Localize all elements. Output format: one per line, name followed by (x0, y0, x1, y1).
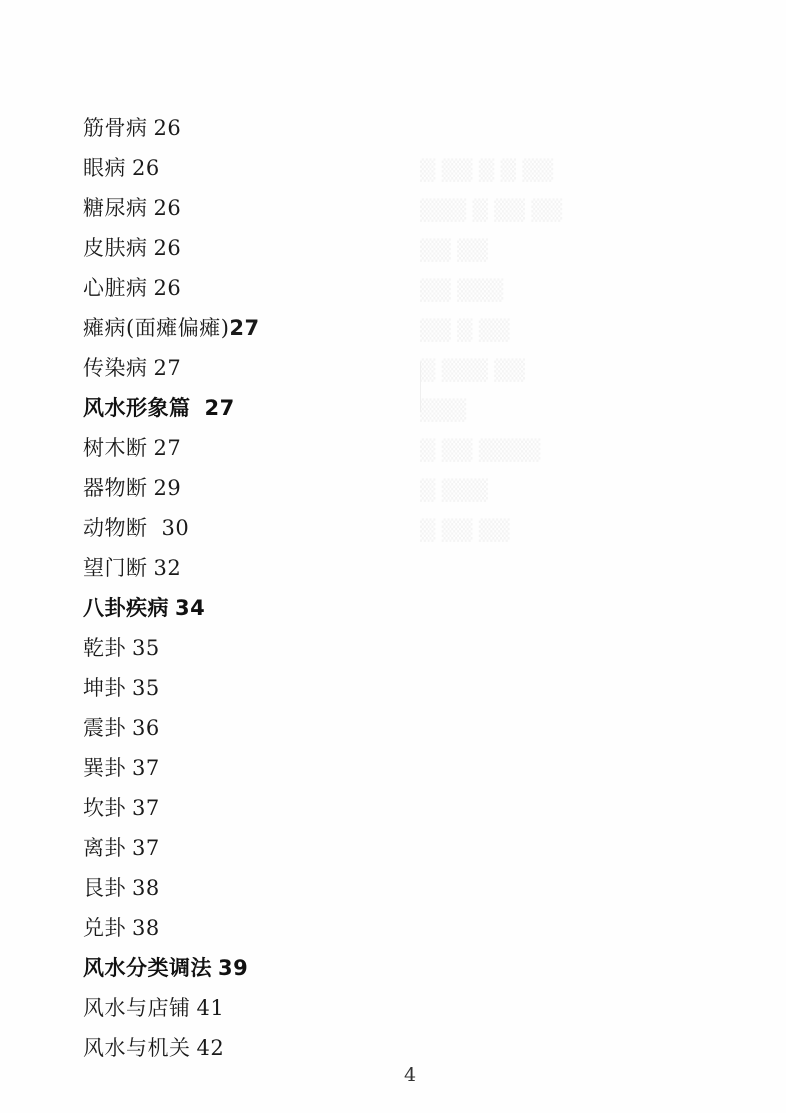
toc-entry: 兑卦38 (83, 912, 260, 952)
toc-entry-title: 望门断 (83, 556, 148, 580)
toc-entry-title: 眼病 (83, 156, 126, 180)
toc-entry: 坎卦37 (83, 792, 260, 832)
toc-entry: 离卦37 (83, 832, 260, 872)
toc-section-page: 34 (175, 596, 205, 620)
toc-entry-page: 37 (132, 796, 160, 820)
toc-section-title: 八卦疾病 (83, 596, 169, 620)
show-through-text: ▒▒ ▒ ▒ ▒▒ ▒ ▒▒ ▒▒ ▒ ▒▒▒ ▒▒ ▒▒ ▒▒▒ ▒▒ ▒▒ … (420, 150, 740, 550)
toc-entry: 心脏病26 (83, 272, 260, 312)
toc-entry-page: 35 (132, 676, 160, 700)
toc-entry: 器物断29 (83, 472, 260, 512)
toc-entry-title: 兑卦 (83, 916, 126, 940)
toc-entry-title: 坤卦 (83, 676, 126, 700)
toc-section-title: 风水分类调法 (83, 956, 212, 980)
toc-entry-title: 动物断 (83, 516, 148, 540)
table-of-contents: 筋骨病26 眼病26 糖尿病26 皮肤病26 心脏病26 瘫病(面瘫偏瘫)27 … (83, 112, 260, 1072)
toc-entry-page: 26 (154, 116, 182, 140)
toc-entry-title: 艮卦 (83, 876, 126, 900)
toc-entry-title: 传染病 (83, 356, 148, 380)
toc-entry-title: 糖尿病 (83, 196, 148, 220)
toc-entry: 瘫病(面瘫偏瘫)27 (83, 312, 260, 352)
toc-entry-title: 皮肤病 (83, 236, 148, 260)
toc-entry: 巽卦37 (83, 752, 260, 792)
toc-section-page: 39 (218, 956, 248, 980)
toc-entry-page: 32 (154, 556, 182, 580)
toc-entry: 坤卦35 (83, 672, 260, 712)
toc-entry-title: 筋骨病 (83, 116, 148, 140)
toc-entry-page: 27 (154, 356, 182, 380)
toc-entry-title: 树木断 (83, 436, 148, 460)
toc-section-title: 风水形象篇 (83, 396, 191, 420)
toc-entry-title: 离卦 (83, 836, 126, 860)
toc-entry-page: 26 (154, 236, 182, 260)
toc-entry-page: 26 (154, 196, 182, 220)
toc-entry-page: 37 (132, 756, 160, 780)
toc-entry-page: 37 (132, 836, 160, 860)
toc-entry-page: 38 (132, 916, 160, 940)
toc-entry: 动物断30 (83, 512, 260, 552)
toc-entry-page: 35 (132, 636, 160, 660)
toc-entry-page: 42 (197, 1036, 225, 1060)
toc-entry-title: 风水与店铺 (83, 996, 191, 1020)
toc-section-heading: 风水分类调法39 (83, 952, 260, 992)
toc-entry-page: 30 (162, 516, 190, 540)
toc-entry: 震卦36 (83, 712, 260, 752)
toc-entry-page: 26 (154, 276, 182, 300)
toc-entry: 筋骨病26 (83, 112, 260, 152)
toc-entry: 风水与店铺41 (83, 992, 260, 1032)
toc-entry-page: 41 (197, 996, 225, 1020)
toc-entry-page: 36 (132, 716, 160, 740)
toc-entry: 传染病27 (83, 352, 260, 392)
toc-entry-title: 坎卦 (83, 796, 126, 820)
toc-entry-title: 瘫病(面瘫偏瘫) (83, 316, 229, 340)
toc-entry: 树木断27 (83, 432, 260, 472)
toc-entry: 艮卦38 (83, 872, 260, 912)
document-page: ▒▒ ▒ ▒ ▒▒ ▒ ▒▒ ▒▒ ▒ ▒▒▒ ▒▒ ▒▒ ▒▒▒ ▒▒ ▒▒ … (0, 0, 786, 1113)
toc-entry-title: 器物断 (83, 476, 148, 500)
toc-entry: 眼病26 (83, 152, 260, 192)
toc-entry-title: 震卦 (83, 716, 126, 740)
toc-section-heading: 风水形象篇27 (83, 392, 260, 432)
toc-entry-page: 27 (229, 316, 259, 340)
toc-entry-page: 27 (154, 436, 182, 460)
toc-entry-page: 29 (154, 476, 182, 500)
toc-entry-page: 26 (132, 156, 160, 180)
toc-entry: 乾卦35 (83, 632, 260, 672)
toc-section-page: 27 (205, 396, 235, 420)
toc-entry-page: 38 (132, 876, 160, 900)
toc-entry-title: 风水与机关 (83, 1036, 191, 1060)
toc-entry-title: 巽卦 (83, 756, 126, 780)
toc-entry: 皮肤病26 (83, 232, 260, 272)
toc-entry: 糖尿病26 (83, 192, 260, 232)
show-through-rule (420, 362, 421, 412)
toc-entry-title: 心脏病 (83, 276, 148, 300)
toc-section-heading: 八卦疾病34 (83, 592, 260, 632)
toc-entry-title: 乾卦 (83, 636, 126, 660)
page-number: 4 (0, 1064, 786, 1086)
toc-entry: 望门断32 (83, 552, 260, 592)
